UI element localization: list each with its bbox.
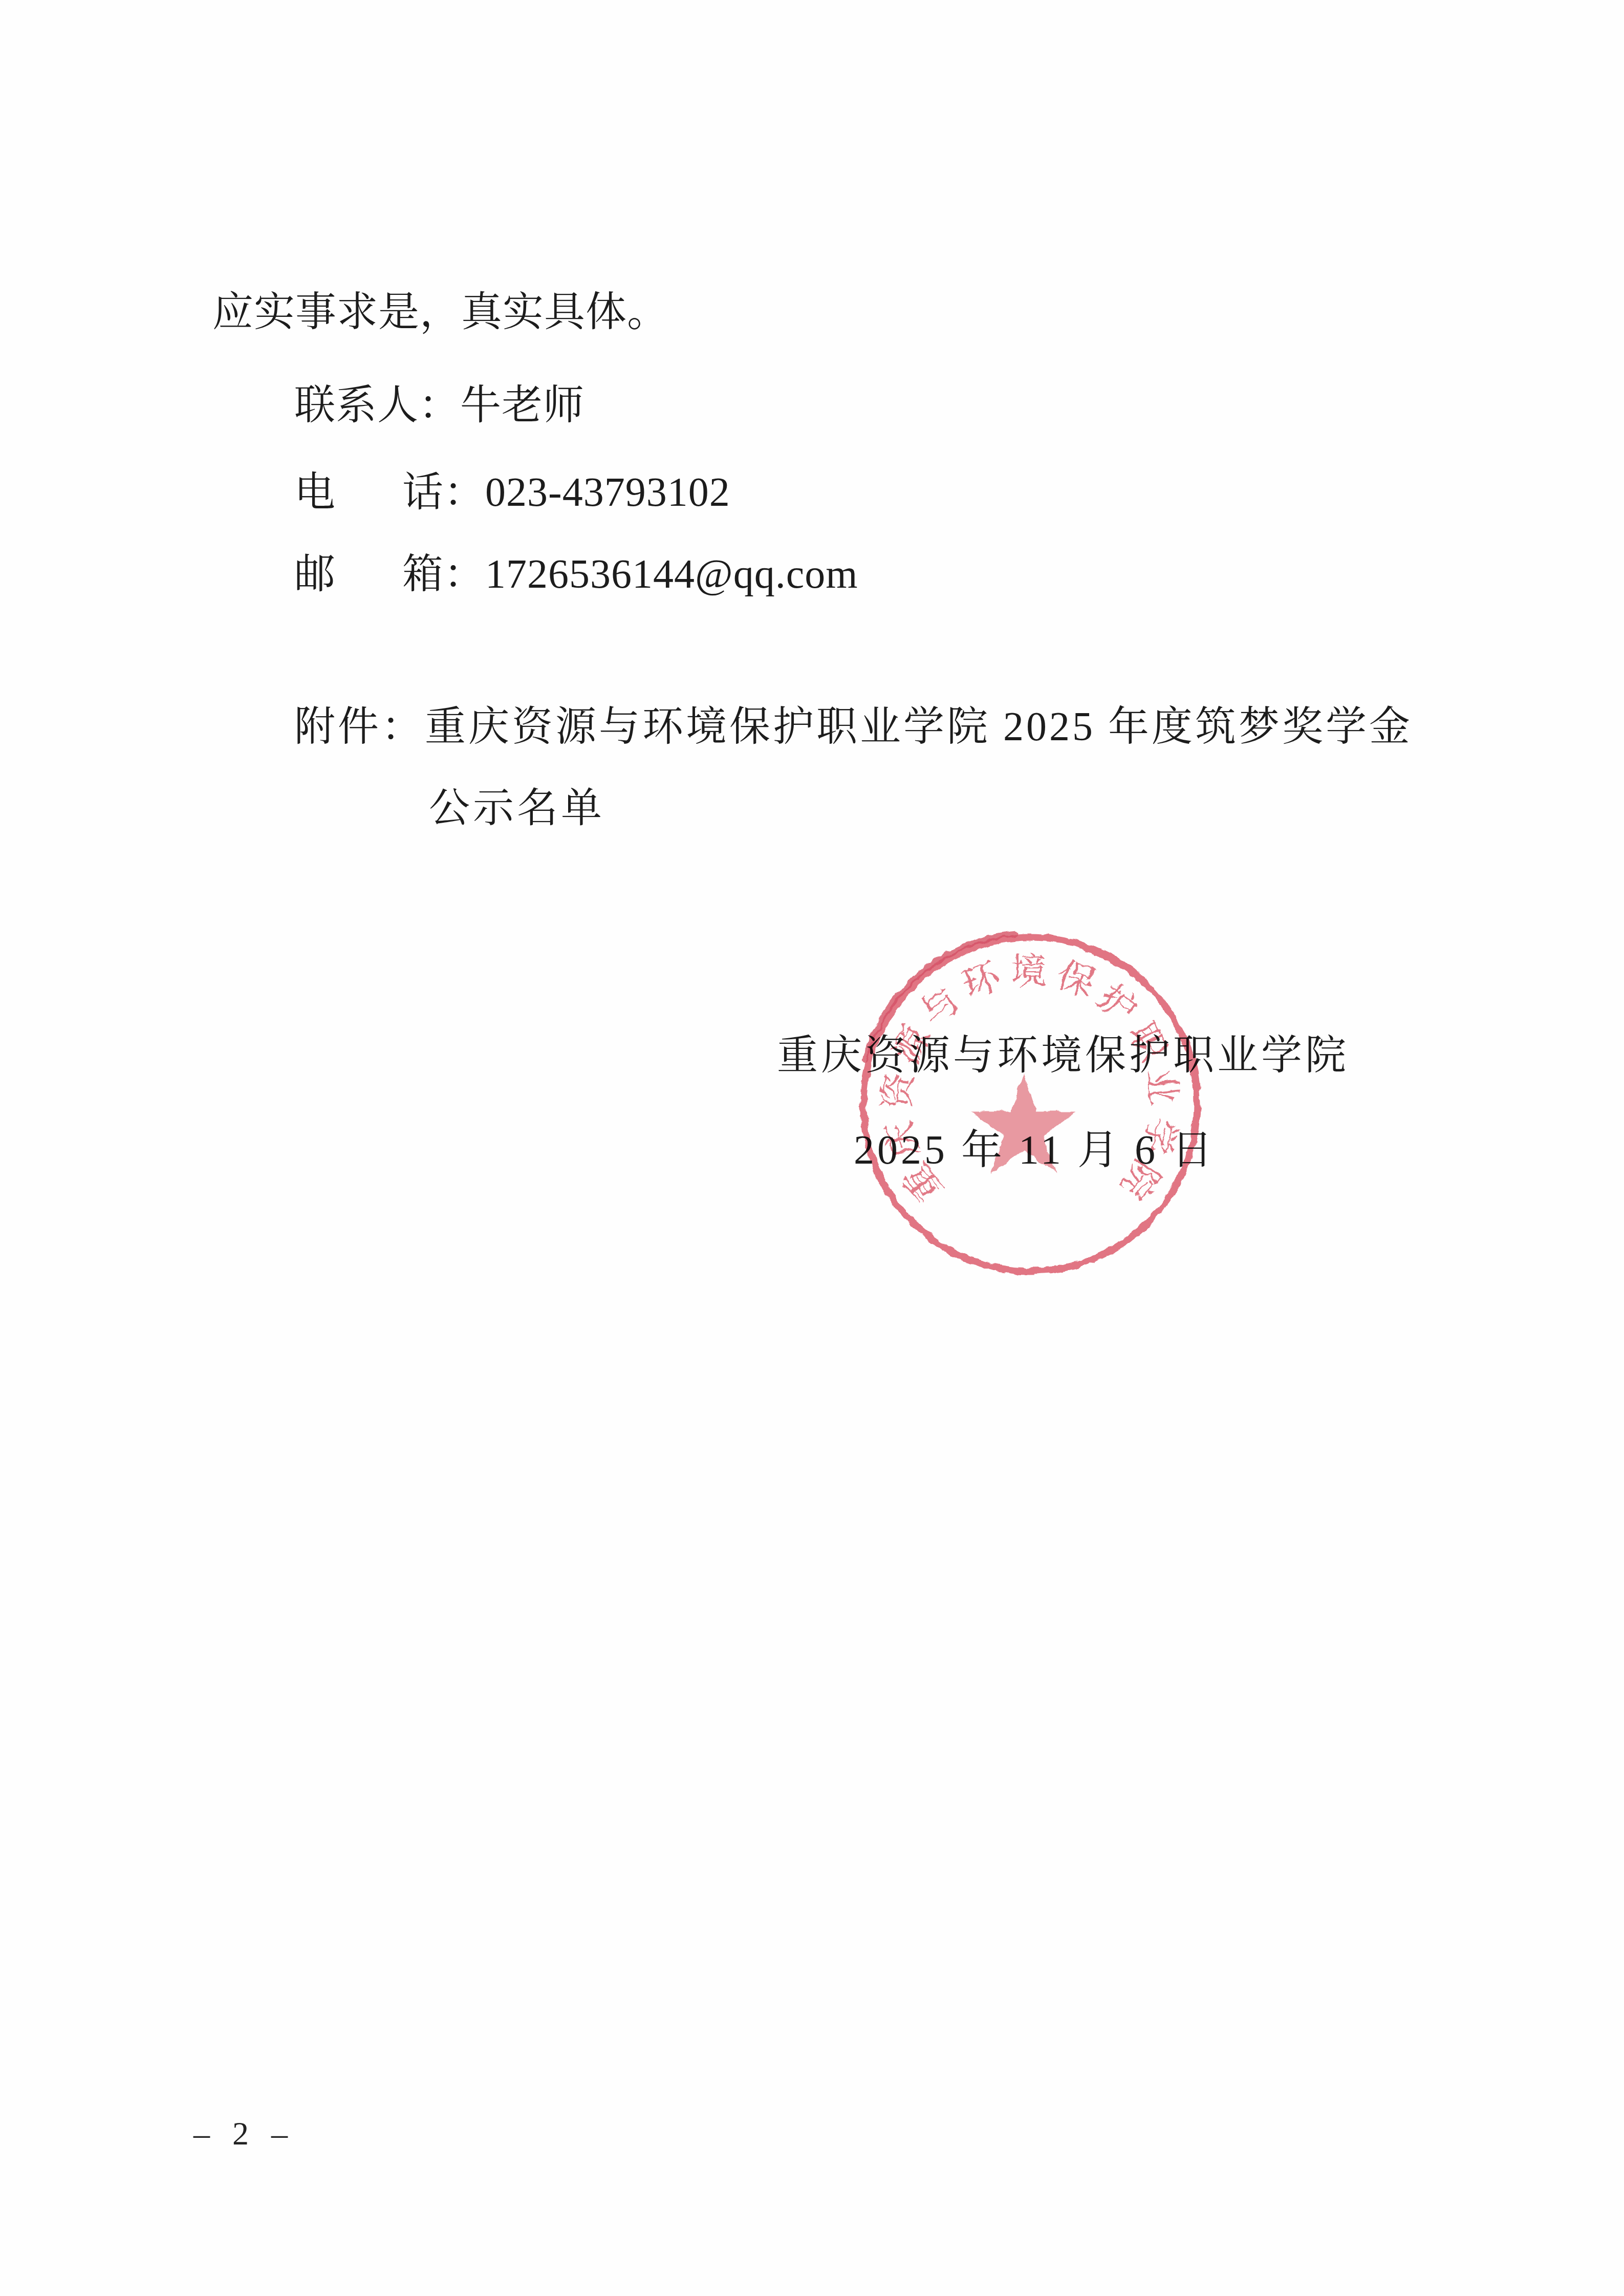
official-seal: 重庆资源与环境保护职业学院 — [836, 910, 1225, 1299]
contact-phone-line: 电话：023-43793102 — [294, 472, 730, 513]
attachment-line-1: 附件：重庆资源与环境保护职业学院 2025 年度筑梦奖学金 — [294, 706, 1413, 747]
contact-email-label-left: 邮 — [294, 552, 336, 597]
attachment-line-2: 公示名单 — [429, 788, 605, 829]
contact-email-line: 邮箱：1726536144@qq.com — [294, 554, 858, 595]
contact-person-line: 联系人：牛老师 — [294, 385, 584, 426]
seal-ring-text: 重庆资源与环境保护职业学院 — [876, 951, 1184, 1210]
contact-email-label-right: 箱： — [402, 552, 485, 597]
document-page: 应实事求是，真实具体。 联系人：牛老师 电话：023-43793102 邮箱：1… — [0, 0, 1624, 2296]
contact-phone-value: 023-43793102 — [485, 470, 730, 515]
page-number: – 2 – — [193, 2117, 293, 2150]
contact-person-value: 牛老师 — [460, 383, 584, 428]
body-closing-sentence: 应实事求是，真实具体。 — [212, 292, 668, 333]
contact-person-label: 联系人： — [294, 383, 460, 428]
seal-star-icon — [971, 1074, 1076, 1173]
contact-phone-label-left: 电 — [294, 470, 336, 515]
contact-email-value: 1726536144@qq.com — [485, 552, 858, 597]
contact-phone-label-right: 话： — [402, 470, 485, 515]
